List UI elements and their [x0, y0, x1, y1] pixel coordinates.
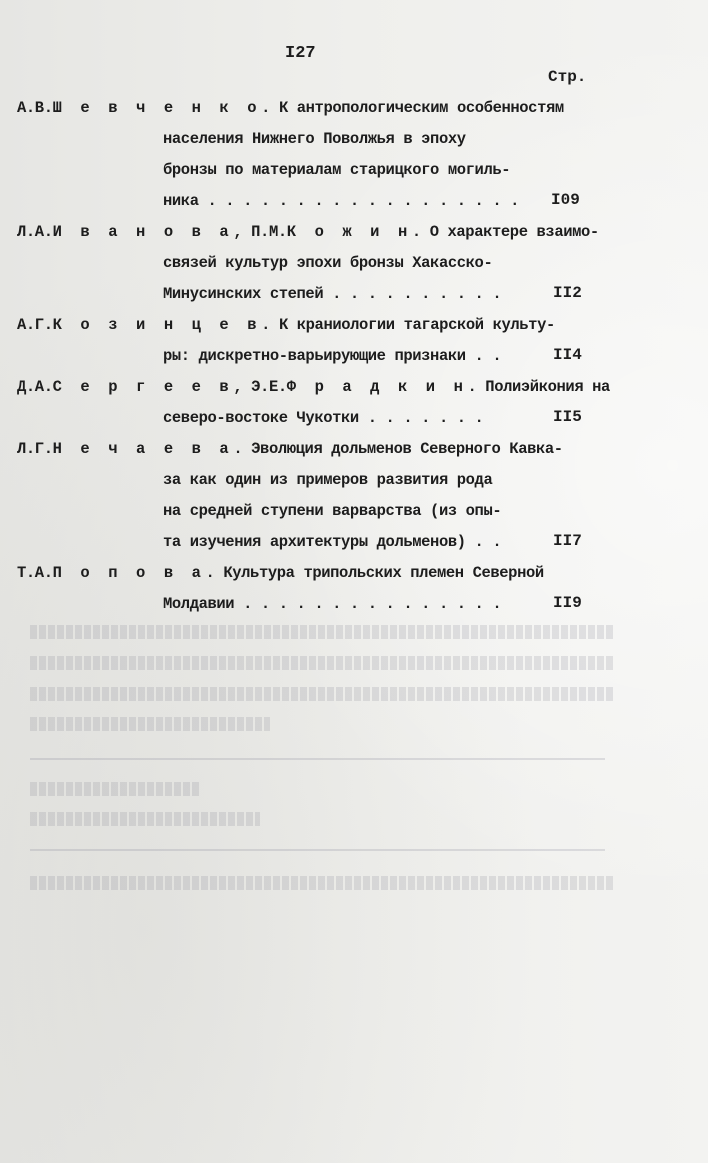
entry-page-number: II9 [553, 594, 613, 612]
author-surname: Н е ч а е в а [53, 440, 234, 458]
co-author-surname: Ф р а д к и н [287, 378, 468, 396]
author-initials: Л.А. [17, 223, 53, 241]
entry-page-number: I09 [551, 191, 611, 209]
bleed-through-line [30, 625, 615, 639]
title-text: . К антропологическим особенностям [261, 99, 564, 117]
author-initials: А.Г. [17, 316, 53, 334]
title-text: . К краниологии тагарской культу- [261, 316, 555, 334]
entry-page-number: II7 [553, 532, 613, 550]
title-continuation: населения Нижнего Поволжья в эпоху [163, 129, 466, 149]
author-initials: Д.А. [17, 378, 53, 396]
entry-first-line: А.В.Ш е в ч е н к о. К антропологическим… [17, 98, 564, 118]
co-author-initials: , П.М. [233, 223, 286, 241]
title-continuation: ры: дискретно-варьирующие признаки . . [163, 346, 501, 366]
author-surname: С е р г е е в [53, 378, 234, 396]
title-continuation: бронзы по материалам старицкого могиль- [163, 160, 510, 180]
entry-first-line: Л.Г.Н е ч а е в а. Эволюция дольменов Се… [17, 439, 563, 459]
title-text: . Эволюция дольменов Северного Кавка- [233, 440, 562, 458]
author-surname: П о п о в а [53, 564, 206, 582]
bleed-through-rule [30, 849, 605, 851]
bleed-through-line [30, 656, 615, 670]
entry-page-number: II4 [553, 346, 613, 364]
title-text: . О характере взаимо- [412, 223, 599, 241]
title-text: . Культура трипольских племен Северной [206, 564, 544, 582]
author-surname: И в а н о в а [53, 223, 234, 241]
title-continuation: та изучения архитектуры дольменов) . . [163, 532, 501, 552]
author-surname: К о з и н ц е в [53, 316, 262, 334]
entry-first-line: Д.А.С е р г е е в, Э.Е.Ф р а д к и н. По… [17, 377, 610, 397]
title-continuation: на средней ступени варварства (из опы- [163, 501, 501, 521]
title-continuation: за как один из примеров развития рода [163, 470, 492, 490]
column-heading-page: Стр. [548, 68, 586, 86]
entry-first-line: Л.А.И в а н о в а, П.М.К о ж и н. О хара… [17, 222, 599, 242]
bleed-through-line [30, 812, 260, 826]
entry-first-line: Т.А.П о п о в а. Культура трипольских пл… [17, 563, 544, 583]
bleed-through-line [30, 782, 200, 796]
title-continuation: ника . . . . . . . . . . . . . . . . . . [163, 191, 519, 211]
bleed-through-line [30, 876, 615, 890]
title-continuation: Минусинских степей . . . . . . . . . . [163, 284, 501, 304]
page-number: I27 [285, 44, 316, 63]
entry-page-number: II5 [553, 408, 613, 426]
title-continuation: связей культур эпохи бронзы Хакасско- [163, 253, 492, 273]
bleed-through-line [30, 717, 270, 731]
co-author-surname: К о ж и н [287, 223, 412, 241]
title-continuation: Молдавии . . . . . . . . . . . . . . . [163, 594, 501, 614]
bleed-through-rule [30, 758, 605, 760]
entry-page-number: II2 [553, 284, 613, 302]
author-surname: Ш е в ч е н к о [53, 99, 262, 117]
bleed-through-line [30, 687, 615, 701]
co-author-initials: , Э.Е. [233, 378, 286, 396]
author-initials: Л.Г. [17, 440, 53, 458]
title-continuation: северо-востоке Чукотки . . . . . . . [163, 408, 483, 428]
title-text: . Полиэйкония на [468, 378, 610, 396]
entry-first-line: А.Г.К о з и н ц е в. К краниологии тагар… [17, 315, 555, 335]
author-initials: А.В. [17, 99, 53, 117]
author-initials: Т.А. [17, 564, 53, 582]
